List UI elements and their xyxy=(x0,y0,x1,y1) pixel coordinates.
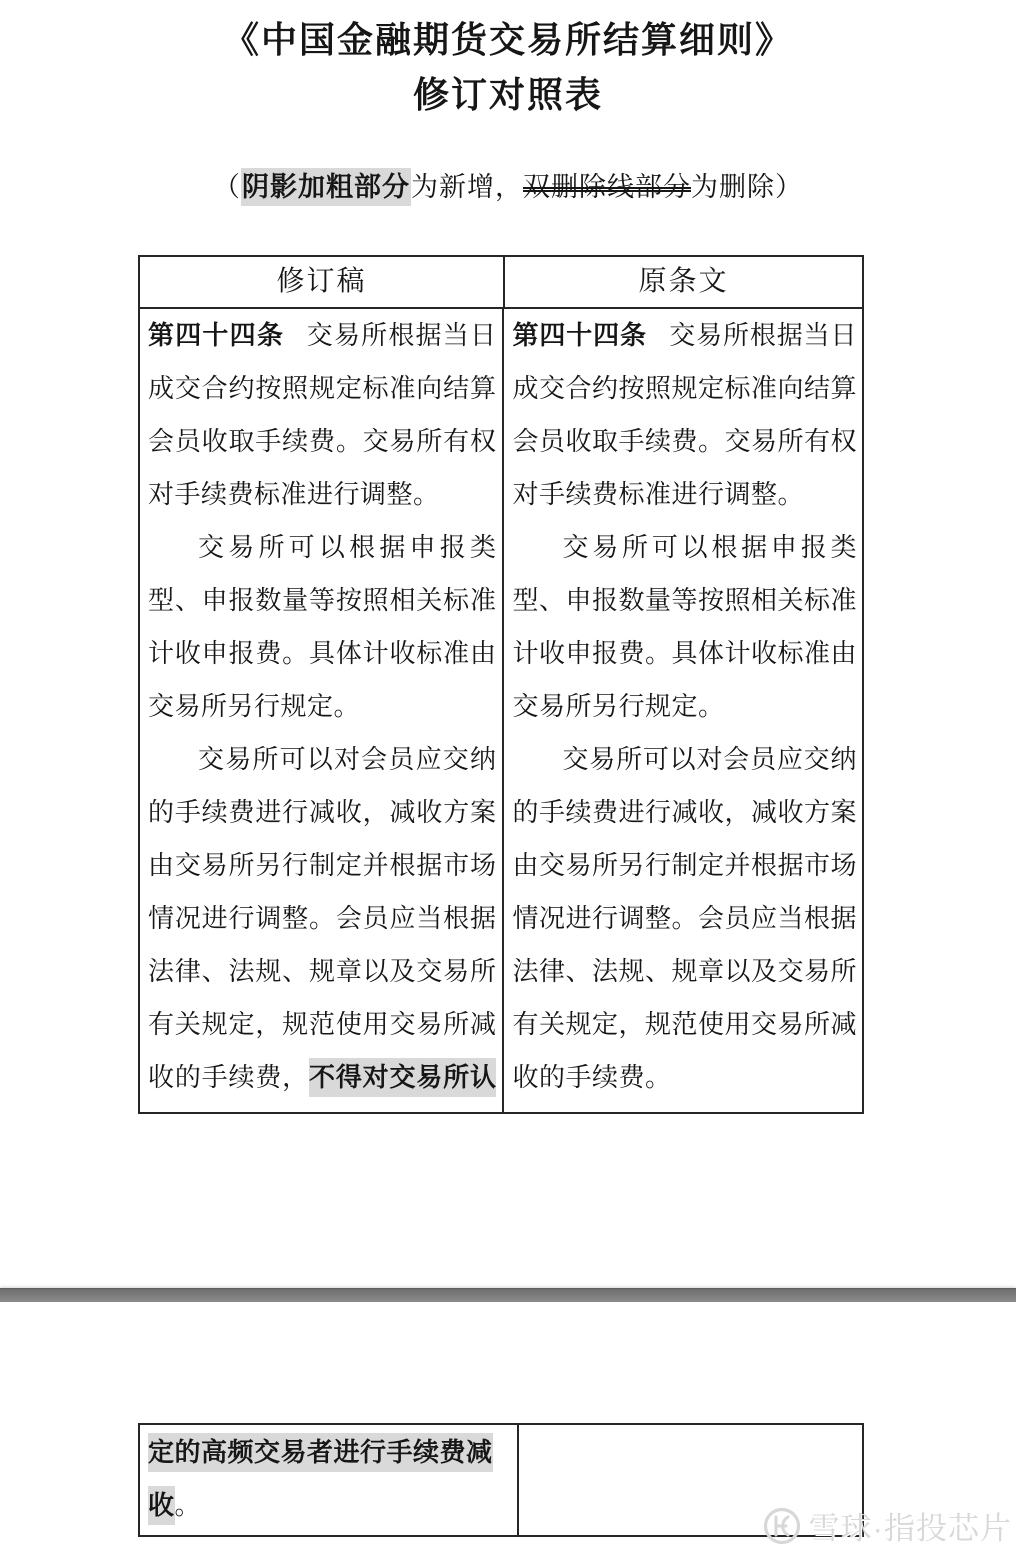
text-segment: 型、申报数量等按照相关标准 xyxy=(512,586,857,615)
text-segment: 由交易所另行制定并根据市场 xyxy=(512,851,857,880)
text-segment: 会员收取手续费。交易所有权 xyxy=(148,427,496,456)
text-line: 成交合约按照规定标准向结算 xyxy=(512,362,857,415)
added-text-segment: 收 xyxy=(148,1486,175,1525)
doc-title: 《中国金融期货交易所结算细则》 修订对照表 xyxy=(0,13,1016,123)
text-segment: 情况进行调整。会员应当根据 xyxy=(148,904,496,933)
text-segment: 的手续费进行减收，减收方案 xyxy=(512,798,857,827)
text-line: 有关规定，规范使用交易所减 xyxy=(512,998,857,1051)
original-text-cell: 第四十四条交易所根据当日成交合约按照规定标准向结算会员收取手续费。交易所有权对手… xyxy=(504,309,862,1112)
text-line: 有关规定，规范使用交易所减 xyxy=(148,998,496,1051)
header-cell-original: 原条文 xyxy=(505,257,862,307)
text-segment: 有关规定，规范使用交易所减 xyxy=(148,1010,496,1039)
legend-middle-text: 为新增， xyxy=(411,172,523,202)
text-line: 交易所可以对会员应交纳 xyxy=(512,733,857,786)
text-segment: 收的手续费。 xyxy=(512,1063,671,1092)
text-line: 由交易所另行制定并根据市场 xyxy=(512,839,857,892)
text-line: 计收申报费。具体计收标准由 xyxy=(512,627,857,680)
table-header-row: 修订稿 原条文 xyxy=(140,257,862,309)
text-segment: 计收申报费。具体计收标准由 xyxy=(148,639,496,668)
text-line: 的手续费进行减收，减收方案 xyxy=(512,786,857,839)
text-segment: 交易所根据当日 xyxy=(306,321,496,350)
text-segment: 有关规定，规范使用交易所减 xyxy=(512,1010,857,1039)
text-line: 收的手续费。 xyxy=(512,1051,857,1104)
pdf-page-divider-bar xyxy=(0,1288,1016,1303)
added-text-segment: 不得对交易所认 xyxy=(309,1058,496,1097)
watermark: 雪球·指投芯片 xyxy=(762,1503,1012,1548)
legend-prefix: （ xyxy=(213,172,241,202)
text-line: 型、申报数量等按照相关标准 xyxy=(148,574,496,627)
text-line: 对手续费标准进行调整。 xyxy=(512,468,857,521)
text-segment: 计收申报费。具体计收标准由 xyxy=(512,639,857,668)
text-line: 情况进行调整。会员应当根据 xyxy=(512,892,857,945)
text-segment: 。 xyxy=(175,1491,202,1520)
text-segment: 型、申报数量等按照相关标准 xyxy=(148,586,496,615)
continuation-text-cell: 定的高频交易者进行手续费减收。 xyxy=(140,1425,519,1535)
document-page-1: 《中国金融期货交易所结算细则》 修订对照表 （阴影加粗部分为新增，双删除线部分为… xyxy=(0,0,1016,1288)
text-line: 交易所另行规定。 xyxy=(512,680,857,733)
text-line: 对手续费标准进行调整。 xyxy=(148,468,496,521)
text-line: 法律、法规、规章以及交易所 xyxy=(148,945,496,998)
text-line: 交易所另行规定。 xyxy=(148,680,496,733)
text-line: 第四十四条交易所根据当日 xyxy=(512,309,857,362)
text-line: 收的手续费，不得对交易所认 xyxy=(148,1051,496,1104)
legend-shaded-term: 阴影加粗部分 xyxy=(241,168,411,206)
doc-title-line-2: 修订对照表 xyxy=(0,68,1016,123)
text-segment: 交易所可以根据申报类 xyxy=(198,533,496,562)
article-number: 第四十四条 xyxy=(512,321,646,350)
text-line: 定的高频交易者进行手续费减 xyxy=(148,1426,511,1479)
table-body-row: 第四十四条交易所根据当日成交合约按照规定标准向结算会员收取手续费。交易所有权对手… xyxy=(140,309,862,1112)
text-segment: 收的手续费， xyxy=(148,1063,309,1092)
text-line: 成交合约按照规定标准向结算 xyxy=(148,362,496,415)
text-segment: 交易所根据当日 xyxy=(669,321,857,350)
revision-comparison-table: 修订稿 原条文 第四十四条交易所根据当日成交合约按照规定标准向结算会员收取手续费… xyxy=(138,255,864,1114)
xueqiu-snowball-logo-icon xyxy=(762,1506,802,1546)
article-number: 第四十四条 xyxy=(148,321,284,350)
text-segment: 的手续费进行减收，减收方案 xyxy=(148,798,496,827)
text-line: 计收申报费。具体计收标准由 xyxy=(148,627,496,680)
legend-struck-term: 双删除线部分 xyxy=(523,172,691,202)
text-segment: 交易所可以根据申报类 xyxy=(562,533,857,562)
text-segment: 对手续费标准进行调整。 xyxy=(512,480,804,509)
text-line: 法律、法规、规章以及交易所 xyxy=(512,945,857,998)
text-line: 交易所可以根据申报类 xyxy=(512,521,857,574)
watermark-text: 雪球·指投芯片 xyxy=(809,1503,1012,1548)
text-segment: 交易所另行规定。 xyxy=(148,692,360,721)
document-page-2: 定的高频交易者进行手续费减收。 雪球·指投芯片 xyxy=(0,1302,1016,1560)
added-text-segment: 定的高频交易者进行手续费减 xyxy=(148,1433,493,1472)
text-line: 情况进行调整。会员应当根据 xyxy=(148,892,496,945)
text-line: 收。 xyxy=(148,1479,511,1532)
text-segment: 情况进行调整。会员应当根据 xyxy=(512,904,857,933)
text-segment: 成交合约按照规定标准向结算 xyxy=(148,374,496,403)
text-line: 第四十四条交易所根据当日 xyxy=(148,309,496,362)
text-line: 交易所可以根据申报类 xyxy=(148,521,496,574)
text-segment: 由交易所另行制定并根据市场 xyxy=(148,851,496,880)
text-segment: 交易所另行规定。 xyxy=(512,692,724,721)
text-line: 型、申报数量等按照相关标准 xyxy=(512,574,857,627)
text-segment: 会员收取手续费。交易所有权 xyxy=(512,427,857,456)
text-segment: 法律、法规、规章以及交易所 xyxy=(512,957,857,986)
continuation-table: 定的高频交易者进行手续费减收。 xyxy=(138,1423,864,1537)
text-segment: 对手续费标准进行调整。 xyxy=(148,480,440,509)
text-line: 会员收取手续费。交易所有权 xyxy=(512,415,857,468)
revised-text-cell: 第四十四条交易所根据当日成交合约按照规定标准向结算会员收取手续费。交易所有权对手… xyxy=(140,309,504,1112)
header-cell-revised: 修订稿 xyxy=(140,257,505,307)
doc-title-line-1: 《中国金融期货交易所结算细则》 xyxy=(0,13,1016,68)
text-segment: 交易所可以对会员应交纳 xyxy=(198,745,496,774)
text-segment: 法律、法规、规章以及交易所 xyxy=(148,957,496,986)
continuation-row: 定的高频交易者进行手续费减收。 xyxy=(140,1425,862,1535)
text-segment: 成交合约按照规定标准向结算 xyxy=(512,374,857,403)
text-line: 会员收取手续费。交易所有权 xyxy=(148,415,496,468)
text-line: 的手续费进行减收，减收方案 xyxy=(148,786,496,839)
text-segment: 交易所可以对会员应交纳 xyxy=(562,745,857,774)
legend-note: （阴影加粗部分为新增，双删除线部分为删除） xyxy=(0,166,1016,208)
legend-suffix: 为删除） xyxy=(691,172,803,202)
text-line: 交易所可以对会员应交纳 xyxy=(148,733,496,786)
text-line: 由交易所另行制定并根据市场 xyxy=(148,839,496,892)
